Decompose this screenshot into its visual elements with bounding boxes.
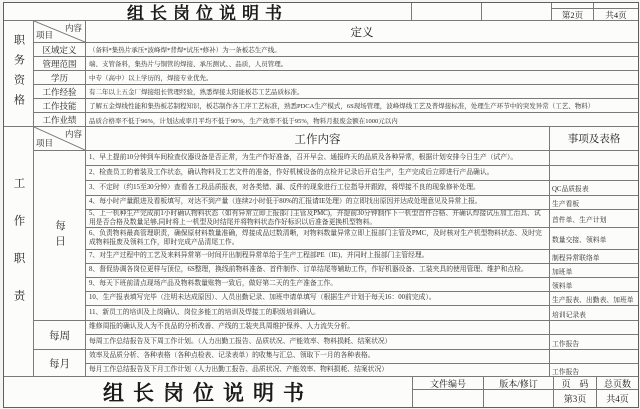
table-row: 工作技能 了解五金焊线性能和集热板芯制程知识，板芯制作各工序工艺标准，熟悉PDC… xyxy=(34,99,638,113)
weekly-label-cell: 每周 xyxy=(34,321,86,349)
page-number-label: 第2页 xyxy=(552,9,593,20)
duties-header-row: 内容 项目 工作内容 事项及表格 xyxy=(34,127,638,151)
duty-text: 每周工作总结报告及下周工作计划。（人力出勤工报告、品质状况、产能效率、物料损耗、… xyxy=(86,335,550,349)
table-row: 4、每小时产量跟进及看板填写，对达不到产量（连续2小时低于80%的汇报请IE处理… xyxy=(86,196,638,210)
duties-body: 内容 项目 工作内容 事项及表格 每日 1、早上提前10分钟到车间检查仪器设备是… xyxy=(34,127,638,376)
page-value: 第3页 xyxy=(554,390,597,407)
qual-row-content: （备料*集热片承压*波峰焊*背焊*试压*修补）为一条板芯生产线。 xyxy=(86,43,638,56)
definition-header: 定义 xyxy=(86,21,638,42)
doc-number-value xyxy=(413,390,484,407)
qualification-body: 内容 项目 定义 区域定义 （备料*集热片承压*波峰焊*背焊*试压*修补）为一条… xyxy=(34,21,638,126)
table-row: 2、检查员工的着装及工作状态，确认物料及工艺文件的准备，作好机械设备的点检并记录… xyxy=(86,166,638,181)
table-row: 维修周报的确认及人为不良品的分析改善、产线的工装夹具周维护保养、人力流失分析。 xyxy=(86,321,638,335)
corner-header-cell-1: 内容 项目 xyxy=(34,21,86,42)
qual-row-content: 中专（高中）以上学历的，焊接专业优先。 xyxy=(86,71,638,84)
page-number-cell: 第2页 xyxy=(552,3,594,20)
corner-item-label: 项目 xyxy=(36,137,53,149)
qual-row-label: 工作技能 xyxy=(34,99,86,112)
duty-form: 领料单 xyxy=(550,278,638,291)
monthly-rows: 效率及品质分析、各种表格（各种点检表、记录表单）的收集与汇总、领取下一月的各种表… xyxy=(86,350,638,376)
duty-text: 2、检查员工的着装及工作状态，确认物料及工艺文件的准备，作好机械设备的点检并记录… xyxy=(86,166,550,180)
table-row: 6、负责物料最高管理职责，确保原材料数量准确，焊接成品过数清晰，对物料数量异常立… xyxy=(86,228,638,250)
corner-content-label: 内容 xyxy=(65,22,82,34)
monthly-label-cell: 每月 xyxy=(34,350,86,376)
duty-text: 8、督促协调各岗位更样与顶位，6S整理，换线前物料准备、首件制作、订单结尾等辅助… xyxy=(86,264,550,277)
duty-form: 生产报表、出勤表、加班单 xyxy=(550,292,638,305)
corner-item-label: 项目 xyxy=(36,29,53,41)
duty-form: 加班单 xyxy=(550,264,638,277)
duty-form: 首件单、生产计划 xyxy=(550,210,638,227)
table-row: 管理范围 端、支管备料，集热片与铜管的焊接、承压测试、、品质，人员管理。 xyxy=(34,57,638,71)
duty-form: 制程异常联络单 xyxy=(550,250,638,263)
monthly-group: 每月 效率及品质分析、各种表格（各种点检表、记录表单）的收集与汇总、领取下一月的… xyxy=(34,350,638,376)
total-pages-value: 共4页 xyxy=(597,390,638,407)
duty-text: 6、负责物料最高管理职责，确保原材料数量准确，焊接成品过数清晰，对物料数量异常立… xyxy=(86,228,550,249)
monthly-label: 每月 xyxy=(49,356,70,371)
table-row: 3、不定时（约15至30分钟）查看各工段品质报表，对各类错、漏、反件的现象进行工… xyxy=(86,181,638,196)
qual-row-label: 工作业绩 xyxy=(34,113,86,126)
duties-section: 工作职责 内容 项目 工作内容 事项及表格 每日 1、早上提前10分钟到 xyxy=(4,127,638,377)
daily-label: 每日 xyxy=(52,220,67,251)
qual-row-label: 学历 xyxy=(34,71,86,84)
qual-row-content: 了解五金焊线性能和集热板芯制程知识，板芯制作各工序工艺标准，熟悉PDCA生产模式… xyxy=(86,99,638,112)
table-row: 区域定义 （备料*集热片承压*波峰焊*背焊*试压*修补）为一条板芯生产线。 xyxy=(34,43,638,57)
version-value xyxy=(484,390,554,407)
corner-header-cell-2: 内容 项目 xyxy=(34,127,86,150)
job-description-sheet: 组长岗位说明书 第2页 共4页 职务资格 内容 项目 定义 xyxy=(3,2,639,408)
footer-block: 组长岗位说明书 文件编号 版本/修订 页 码 总页数 第3页 共4页 xyxy=(4,377,638,407)
duty-text: 10、生产报表填写完毕（注明未达成原因）、人员出勤记录、加班申请单填写（根据生产… xyxy=(86,292,550,305)
daily-group: 每日 1、早上提前10分钟到车间检查仪器设备是否正常，为生产作好准备，召开早会、… xyxy=(34,151,638,321)
qualification-section: 职务资格 内容 项目 定义 区域定义 （备料*集热片承压*波峰焊*背焊*试压*修… xyxy=(4,21,638,127)
duties-side-label: 工作职责 xyxy=(11,177,27,327)
table-row: 7、对生产过程中的工艺及来料异常第一时间开出制程异常单给于生产工程部PE（IE)… xyxy=(86,250,638,264)
duties-side-label-cell: 工作职责 xyxy=(4,127,34,376)
duty-text: 3、不定时（约15至30分钟）查看各工段品质报表，对各类错、漏、反件的现象进行工… xyxy=(86,181,550,195)
topbar-empty-cell-2 xyxy=(482,3,552,20)
page-total-cell: 共4页 xyxy=(594,3,638,20)
table-row: 5、上一机种生产完成前1小时确认物料状态（如有异常立即上报部门主管及PMC)，并… xyxy=(86,210,638,228)
qualification-header-row: 内容 项目 定义 xyxy=(34,21,638,43)
duty-form: 工作报告 xyxy=(550,335,638,349)
duty-form: QC品质报表 xyxy=(550,181,638,195)
table-row: 每月工作总结报告及下月工作计划（人力出勤工报告、品质状况、产能效率、物料损耗、结… xyxy=(86,364,638,376)
duty-text: 9、每天下班前清点现场产品及物料数量账物一致后，做好第二天的生产准备工作。 xyxy=(86,278,550,291)
version-header: 版本/修订 xyxy=(484,377,554,389)
topbar-empty-cell-1 xyxy=(412,3,482,20)
table-row: 工作业绩 品质合格率不低于96%，计划达成率月平均不低于90%，生产效率不低于9… xyxy=(34,113,638,126)
duty-text: 效率及品质分析、各种表格（各种点检表、记录表单）的收集与汇总、领取下一月的各种表… xyxy=(86,350,550,363)
weekly-group: 每周 维修周报的确认及人为不良品的分析改善、产线的工装夹具周维护保养、人力流失分… xyxy=(34,321,638,350)
duty-text: 1、早上提前10分钟到车间检查仪器设备是否正常，为生产作好准备，召开早会、通报昨… xyxy=(86,151,550,165)
duty-text: 每月工作总结报告及下月工作计划（人力出勤工报告、品质状况、产能效率、物料损耗、结… xyxy=(86,364,550,376)
qual-row-label: 管理范围 xyxy=(34,57,86,70)
duty-form: 数量交接、领料单 xyxy=(550,228,638,249)
duty-form xyxy=(550,321,638,334)
weekly-label: 每周 xyxy=(49,328,70,343)
table-row: 11、新员工的培训及上岗确认、岗位多能工的培训及焊接工的职级培训确认。 培训记录… xyxy=(86,306,638,320)
page-title: 组长岗位说明书 xyxy=(4,3,412,20)
table-row: 工作经验 有二年以上五金厂焊接组长管理经验，熟悉焊接太阳能板芯工艺品质标准。 xyxy=(34,85,638,99)
duty-text: 5、上一机种生产完成前1小时确认物料状态（如有异常立即上报部门主管及PMC)，并… xyxy=(86,210,550,227)
corner-content-label: 内容 xyxy=(65,128,82,140)
qual-row-content: 有二年以上五金厂焊接组长管理经验，熟悉焊接太阳能板芯工艺品质标准。 xyxy=(86,85,638,98)
document-page: 组长岗位说明书 第2页 共4页 职务资格 内容 项目 定义 xyxy=(0,0,640,409)
daily-rows: 1、早上提前10分钟到车间检查仪器设备是否正常，为生产作好准备，召开早会、通报昨… xyxy=(86,151,638,320)
page-col-header: 页 码 xyxy=(554,377,597,389)
table-row: 每周工作总结报告及下周工作计划。（人力出勤工报告、品质状况、产能效率、物料损耗、… xyxy=(86,335,638,349)
table-row: 学历 中专（高中）以上学历的，焊接专业优先。 xyxy=(34,71,638,85)
duty-form xyxy=(550,350,638,363)
weekly-rows: 维修周报的确认及人为不良品的分析改善、产线的工装夹具周维护保养、人力流失分析。 … xyxy=(86,321,638,349)
duty-form xyxy=(550,166,638,180)
footer-header-row: 文件编号 版本/修订 页 码 总页数 xyxy=(413,377,638,390)
duty-text: 7、对生产过程中的工艺及来料异常第一时间开出制程异常单给于生产工程部PE（IE)… xyxy=(86,250,550,263)
doc-number-header: 文件编号 xyxy=(413,377,484,389)
qualification-side-label-cell: 职务资格 xyxy=(4,21,34,126)
qualification-side-label: 职务资格 xyxy=(11,34,27,114)
qual-row-content: 品质合格率不低于96%，计划达成率月平均不低于90%，生产效率不低于95%，物料… xyxy=(86,113,638,126)
footer-value-row: 第3页 共4页 xyxy=(413,390,638,407)
duty-text: 11、新员工的培训及上岗确认、岗位多能工的培训及焊接工的职级培训确认。 xyxy=(86,306,550,320)
table-row: 8、督促协调各岗位更样与顶位，6S整理，换线前物料准备、首件制作、订单结尾等辅助… xyxy=(86,264,638,278)
daily-label-cell: 每日 xyxy=(34,151,86,320)
page-total-label: 共4页 xyxy=(594,9,638,20)
table-row: 9、每天下班前清点现场产品及物料数量账物一致后，做好第二天的生产准备工作。 领料… xyxy=(86,278,638,292)
table-row: 效率及品质分析、各种表格（各种点检表、记录表单）的收集与汇总、领取下一月的各种表… xyxy=(86,350,638,364)
duty-form: 培训记录表 xyxy=(550,306,638,320)
footer-grid: 文件编号 版本/修订 页 码 总页数 第3页 共4页 xyxy=(413,377,638,407)
qual-row-label: 区域定义 xyxy=(34,43,86,56)
table-row: 10、生产报表填写完毕（注明未达成原因）、人员出勤记录、加班申请单填写（根据生产… xyxy=(86,292,638,306)
top-header-bar: 组长岗位说明书 第2页 共4页 xyxy=(4,3,638,21)
footer-title: 组长岗位说明书 xyxy=(4,377,413,407)
qual-row-content: 端、支管备料，集热片与铜管的焊接、承压测试、、品质，人员管理。 xyxy=(86,57,638,70)
duty-form: 工作报告 xyxy=(550,364,638,376)
total-pages-header: 总页数 xyxy=(597,377,638,389)
qual-row-label: 工作经验 xyxy=(34,85,86,98)
table-row: 1、早上提前10分钟到车间检查仪器设备是否正常，为生产作好准备，召开早会、通报昨… xyxy=(86,151,638,166)
duty-text: 维修周报的确认及人为不良品的分析改善、产线的工装夹具周维护保养、人力流失分析。 xyxy=(86,321,550,334)
duty-form: 生产看板 xyxy=(550,196,638,209)
work-content-header: 工作内容 xyxy=(86,127,550,150)
forms-header: 事项及表格 xyxy=(550,127,638,150)
duty-form xyxy=(550,151,638,165)
duty-text: 4、每小时产量跟进及看板填写，对达不到产量（连续2小时低于80%的汇报请IE处理… xyxy=(86,196,550,209)
